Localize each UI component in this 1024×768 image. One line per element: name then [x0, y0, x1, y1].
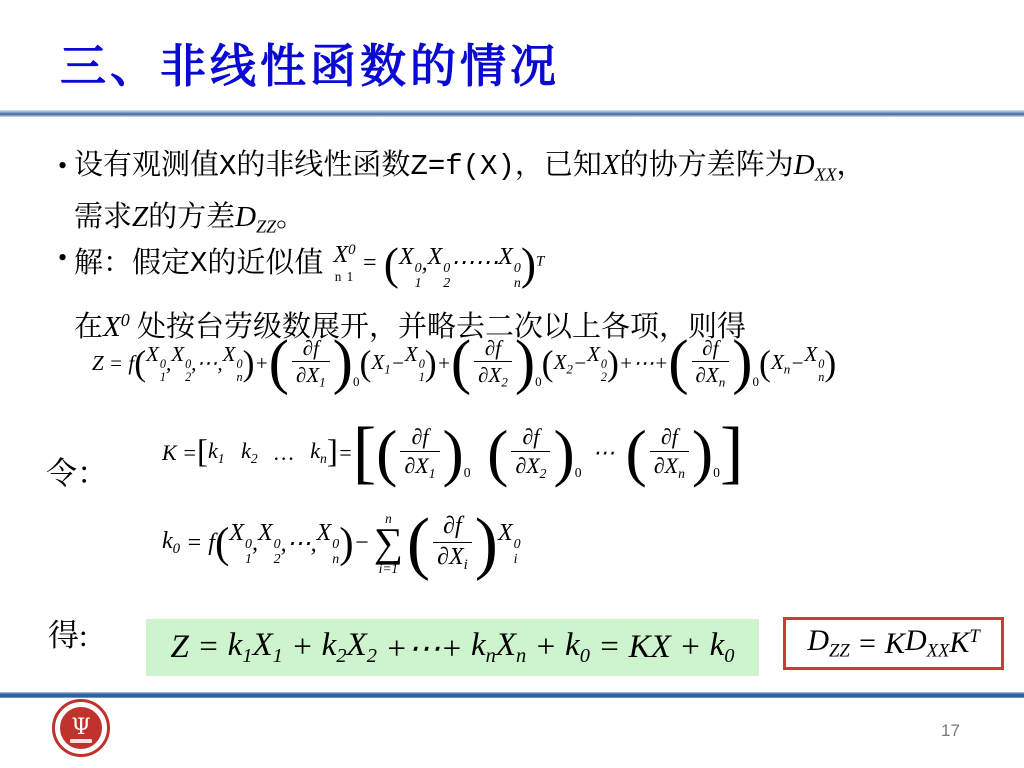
- math-token: …: [258, 440, 311, 466]
- math-token: kn: [310, 438, 327, 467]
- math-token: 1: [415, 276, 422, 291]
- math-token: ∂f: [474, 336, 512, 362]
- math-token: +: [437, 351, 451, 376]
- math-token: ∂f∂Xn: [650, 424, 689, 481]
- math-token: (: [407, 515, 430, 572]
- math-token: ∂X2: [474, 362, 512, 391]
- bullet-2-text: 解：假定X的近似值: [74, 242, 323, 285]
- math-token: ∂f∂X2: [474, 336, 512, 391]
- math-token: X01: [399, 236, 422, 291]
- math-token: 2: [251, 451, 258, 466]
- math-token: (: [759, 349, 771, 378]
- math-token: [: [197, 439, 208, 466]
- math-token: ,⋯,: [191, 351, 223, 376]
- math-token: 的方差: [148, 201, 235, 233]
- math-token: Z = f: [92, 351, 134, 376]
- math-token: ∂X: [696, 363, 719, 387]
- math-token: DZZ: [807, 624, 849, 663]
- math-token: +: [526, 629, 565, 666]
- math-token: X2: [554, 350, 573, 378]
- math-token: n 1: [335, 270, 354, 283]
- math-token: 0: [535, 374, 542, 390]
- math-token: ): [732, 338, 752, 388]
- math-token: = KX +: [590, 629, 710, 666]
- math-token: T: [969, 626, 979, 647]
- math-token: (: [407, 515, 430, 572]
- bullet-marker: •: [58, 236, 67, 279]
- math-token: X: [347, 627, 367, 663]
- math-token: k: [710, 627, 725, 663]
- math-token: 0: [415, 261, 422, 276]
- math-token: 1: [245, 552, 252, 567]
- math-token: X: [317, 520, 332, 546]
- math-token: n: [516, 645, 526, 667]
- math-token: 0: [753, 374, 760, 390]
- math-token: ): [443, 427, 464, 479]
- math-token: X0n: [498, 236, 521, 291]
- label-ling: 令：: [46, 448, 108, 493]
- math-token: =: [338, 440, 353, 466]
- math-token: X: [804, 342, 817, 366]
- math-token: ): [425, 349, 437, 378]
- math-token: k: [228, 627, 243, 663]
- math-token: 的协方差阵为: [620, 149, 794, 181]
- math-token: (: [269, 338, 289, 388]
- math-token: ∂f: [292, 336, 330, 362]
- math-token: (: [626, 427, 647, 479]
- math-token: X02: [428, 236, 451, 291]
- math-token: X: [771, 350, 784, 374]
- math-token: )0: [443, 427, 471, 479]
- math-token: ]: [720, 424, 743, 482]
- math-token: D: [794, 149, 815, 181]
- math-token: KT: [949, 626, 979, 660]
- math-token: 0: [274, 537, 281, 552]
- footer-divider: [0, 692, 1024, 698]
- math-token: ∂X: [296, 363, 319, 387]
- math-token: k2: [322, 627, 347, 668]
- math-token: 0i: [514, 537, 521, 567]
- math-token: 0: [245, 537, 252, 552]
- math-token: 0: [348, 242, 355, 258]
- math-token: −: [391, 351, 405, 376]
- logo-emblem-glyph: Ψ: [71, 717, 90, 739]
- math-token: ): [515, 338, 535, 388]
- math-token: +⋯+: [619, 351, 668, 376]
- math-token: 02: [443, 261, 450, 291]
- math-token: 2: [501, 375, 508, 390]
- math-token: X01: [405, 342, 425, 384]
- slide-title: 三、非线性函数的情况: [60, 30, 560, 96]
- math-token: D: [905, 624, 927, 657]
- math-token: ∂f: [511, 424, 550, 451]
- bullet-marker: •: [58, 144, 67, 187]
- math-token: ): [824, 349, 836, 378]
- math-token: ∂f∂X1: [400, 424, 439, 481]
- math-token: ZZ: [256, 217, 276, 237]
- math-token: X1: [253, 627, 283, 668]
- math-token: 1: [319, 375, 326, 390]
- label-de: 得:: [48, 610, 88, 655]
- math-token: n: [719, 375, 726, 390]
- math-token: 2: [540, 466, 547, 481]
- math-token: ): [824, 349, 836, 378]
- math-token: ∂X: [437, 544, 464, 570]
- math-token: k1: [228, 627, 253, 668]
- math-token: X0: [333, 243, 355, 267]
- logo-band: [70, 739, 92, 743]
- math-token: X: [498, 520, 513, 546]
- math-token: [225, 440, 242, 466]
- math-token: X01: [146, 342, 166, 384]
- math-token: k: [322, 627, 337, 663]
- math-token: 的近似值: [207, 242, 323, 285]
- math-token: X: [253, 627, 273, 663]
- math-token: k: [241, 438, 251, 463]
- math-token: ): [521, 245, 536, 282]
- math-token: ∂X: [654, 453, 678, 478]
- math-token: X0n: [317, 520, 340, 567]
- math-token: Z: [132, 201, 148, 233]
- math-token: ∂f: [400, 424, 439, 451]
- math-token: [: [353, 424, 376, 482]
- math-token: X: [399, 244, 414, 270]
- math-token: X0n: [223, 342, 243, 384]
- red-outline-box: DZZ = KDXXKT: [783, 617, 1004, 670]
- formula-taylor-expansion: Z = f(X01,X02,⋯,X0n)+(∂f∂X1)0(X1−X01)+(∂…: [92, 336, 836, 391]
- math-token: k1: [208, 438, 225, 467]
- math-token: DXX: [794, 144, 837, 196]
- math-token: ⋯⋯: [450, 242, 498, 285]
- math-token: 0n: [514, 261, 521, 291]
- math-token: X: [146, 342, 159, 366]
- math-token: Z =: [171, 629, 228, 666]
- math-token: [471, 440, 488, 466]
- math-token: ): [475, 515, 498, 572]
- math-token: 0: [575, 465, 582, 481]
- math-token: X02: [587, 342, 607, 384]
- math-token: ): [339, 526, 353, 561]
- math-token: 2: [274, 552, 281, 567]
- math-token: ∂Xn: [692, 362, 730, 391]
- math-token: 0: [443, 261, 450, 276]
- math-token: D: [235, 201, 256, 233]
- page-number: 17: [941, 721, 960, 741]
- formula-dzz: DZZ = KDXXKT: [807, 624, 979, 663]
- math-token: (: [542, 349, 554, 378]
- math-token: = K: [850, 627, 905, 661]
- math-token: (: [626, 427, 647, 479]
- math-token: [: [197, 439, 208, 466]
- math-token: X02: [258, 520, 281, 567]
- math-token: X: [258, 520, 273, 546]
- math-token: 2: [336, 645, 346, 667]
- math-token: i: [514, 552, 518, 567]
- math-token: X02: [171, 342, 191, 384]
- math-token: i=1: [379, 562, 398, 575]
- math-token: (: [376, 427, 397, 479]
- math-token: X: [223, 342, 236, 366]
- math-token: ,⋯,: [281, 529, 317, 558]
- math-token: ⋯: [582, 440, 626, 466]
- math-token: ∂f∂X2: [511, 424, 550, 481]
- math-token: ∂f: [433, 513, 472, 543]
- math-token: X0i: [498, 520, 521, 567]
- math-token: 02: [274, 537, 281, 567]
- math-token: X: [498, 244, 513, 270]
- math-token: X: [587, 342, 600, 366]
- math-token: k: [310, 438, 320, 463]
- math-token: ): [243, 349, 255, 378]
- math-token: )0: [553, 427, 581, 479]
- math-token: ∂X1: [292, 362, 330, 391]
- math-token: X: [496, 627, 516, 663]
- math-token: (: [269, 338, 289, 388]
- formula-k0: k0 = f(X01,X02,⋯,X0n)−n∑i=1(∂f∂Xi)X0i: [162, 512, 521, 575]
- math-token: kn: [471, 627, 496, 668]
- math-token: ∂X2: [511, 452, 550, 481]
- math-token: (: [359, 349, 371, 378]
- math-token: 的非线性函数: [236, 149, 410, 181]
- math-token: 2: [367, 645, 377, 667]
- math-token: k0: [710, 627, 735, 668]
- math-token: n: [332, 552, 339, 567]
- math-token: i: [464, 557, 468, 573]
- math-token: (: [668, 338, 688, 388]
- math-token: X: [333, 242, 348, 268]
- math-token: n: [514, 276, 521, 291]
- math-token: +: [283, 629, 322, 666]
- math-token: X0n: [804, 342, 824, 384]
- math-token: 需求: [74, 201, 132, 233]
- math-token: X: [229, 520, 244, 546]
- math-token: (: [384, 245, 399, 282]
- math-token: ∂Xn: [650, 452, 689, 481]
- math-token: 0: [121, 310, 130, 330]
- math-token: )T: [521, 242, 544, 285]
- math-token: −: [573, 351, 587, 376]
- math-token: 0: [580, 645, 590, 667]
- math-token: 0: [713, 465, 720, 481]
- math-token: ∂f∂Xi: [433, 513, 472, 574]
- math-token: ，已知: [515, 149, 602, 181]
- math-token: k: [471, 627, 486, 663]
- math-token: 0: [514, 261, 521, 276]
- math-token: k: [565, 627, 580, 663]
- math-token: ]: [327, 439, 338, 466]
- math-token: 0: [353, 374, 360, 390]
- math-token: 1: [242, 645, 252, 667]
- math-token: k0: [565, 627, 590, 668]
- formula-z-linearized: Z = k1X1 + k2X2 +⋯+ knXn + k0 = KX + k0: [171, 627, 735, 668]
- math-token: 0: [724, 645, 734, 667]
- math-token: ，: [837, 149, 866, 181]
- math-token: ): [607, 349, 619, 378]
- math-token: (: [376, 427, 397, 479]
- logo-inner-seal: Ψ: [60, 707, 102, 749]
- math-token: X2: [347, 627, 377, 668]
- math-token: )0: [732, 338, 759, 388]
- math-token: ): [425, 349, 437, 378]
- math-token: ): [607, 349, 619, 378]
- math-token: (: [542, 349, 554, 378]
- math-token: X: [602, 149, 620, 181]
- math-token: n: [320, 451, 327, 466]
- math-token: )0: [333, 338, 360, 388]
- math-token: 0: [514, 537, 521, 552]
- math-token: 1: [429, 466, 436, 481]
- math-token: ): [333, 338, 353, 388]
- formula-k-vector: K =[k1 k2 … kn]=[(∂f∂X1)0 (∂f∂X2)0 ⋯ (∂f…: [162, 424, 743, 482]
- math-token: X: [554, 350, 567, 374]
- university-logo-icon: Ψ: [52, 699, 110, 757]
- bullet-2-line-1: 解：假定X的近似值 X0n 1= (X01,X02⋯⋯X0n)T: [58, 236, 1003, 291]
- math-token: (: [359, 349, 371, 378]
- math-token: 解：假定: [74, 242, 190, 285]
- math-token: n∑i=1: [374, 512, 403, 575]
- math-token: −: [790, 351, 804, 376]
- slide: 三、非线性函数的情况 • 设有观测值X的非线性函数Z=f(X)，已知X的协方差阵…: [0, 0, 1024, 768]
- math-token: (: [134, 349, 146, 378]
- math-token: (: [451, 338, 471, 388]
- math-token: 0: [332, 537, 339, 552]
- math-token: ∂f∂X1: [292, 336, 330, 391]
- math-token: X1: [371, 350, 390, 378]
- green-highlight-box: Z = k1X1 + k2X2 +⋯+ knXn + k0 = KX + k0: [146, 619, 759, 676]
- math-token: ): [339, 526, 353, 561]
- math-token: k: [162, 528, 173, 554]
- math-token: (: [451, 338, 471, 388]
- math-token: = f: [180, 530, 215, 557]
- math-token: 2: [443, 276, 450, 291]
- math-token: n: [678, 466, 685, 481]
- math-token: n: [486, 645, 496, 667]
- math-token: ): [692, 427, 713, 479]
- math-token: ∂X: [478, 363, 501, 387]
- math-token: )0: [692, 427, 720, 479]
- math-token: (: [487, 427, 508, 479]
- math-token: T: [536, 240, 544, 283]
- title-divider: [0, 110, 1024, 117]
- math-token: ): [243, 349, 255, 378]
- math-token: ): [553, 427, 574, 479]
- math-token: X01: [229, 520, 252, 567]
- math-token: ∂X1: [400, 452, 439, 481]
- math-token: K =: [162, 440, 197, 466]
- math-token: )0: [515, 338, 542, 388]
- bullet-item-1: • 设有观测值X的非线性函数Z=f(X)，已知X的协方差阵为DXX， 需求Z的方…: [58, 144, 1003, 249]
- math-token: k0: [162, 528, 180, 558]
- math-token: (: [384, 245, 399, 282]
- math-token: ]: [327, 439, 338, 466]
- math-token: ∂X: [404, 453, 428, 478]
- math-token: Xn: [771, 350, 790, 378]
- math-token: 设有观测值: [74, 149, 219, 181]
- math-token: 0: [173, 542, 180, 558]
- math-token: 1: [218, 451, 225, 466]
- math-token: X: [371, 350, 384, 374]
- math-token: D: [807, 624, 829, 657]
- math-token: Z=f(X): [410, 150, 514, 183]
- math-token: ∂f: [692, 336, 730, 362]
- math-token: ∂f: [650, 424, 689, 451]
- math-token: ]: [720, 424, 743, 482]
- math-token: (: [759, 349, 771, 378]
- math-token: XX: [927, 641, 950, 662]
- math-token: (: [134, 349, 146, 378]
- math-token: 0: [464, 465, 471, 481]
- math-token: K: [949, 627, 969, 660]
- math-token: 01: [415, 261, 422, 291]
- math-token: (: [215, 526, 229, 561]
- math-token: +: [254, 351, 268, 376]
- math-token: ∂f∂Xn: [692, 336, 730, 391]
- math-token: k2: [241, 438, 258, 467]
- math-token: (: [487, 427, 508, 479]
- math-token: (: [215, 526, 229, 561]
- math-token: =: [362, 242, 384, 285]
- math-token: +⋯+: [377, 628, 471, 668]
- math-token: ∑: [374, 525, 403, 562]
- math-token: XX: [815, 164, 837, 184]
- bullet-1-line-1: 设有观测值X的非线性函数Z=f(X)，已知X的协方差阵为DXX，: [58, 144, 1003, 196]
- math-token: 。: [276, 201, 305, 233]
- math-token: (: [668, 338, 688, 388]
- math-token: X: [171, 342, 184, 366]
- math-token: ∂Xi: [433, 543, 472, 574]
- math-token: X: [219, 150, 236, 183]
- math-token: X: [428, 244, 443, 270]
- math-token: X: [405, 342, 418, 366]
- formula-approx-value: X0n 1= (X01,X02⋯⋯X0n)T: [333, 236, 544, 291]
- math-token: 01: [245, 537, 252, 567]
- math-token: DXX: [905, 624, 949, 663]
- math-token: X: [190, 242, 207, 285]
- math-token: X0n 1: [333, 243, 355, 283]
- math-token: Xn: [496, 627, 526, 668]
- math-token: ZZ: [829, 641, 850, 662]
- math-token: ): [475, 515, 498, 572]
- math-token: [: [353, 424, 376, 482]
- math-token: −: [354, 530, 370, 557]
- math-token: 1: [273, 645, 283, 667]
- math-token: ∂X: [515, 453, 539, 478]
- math-token: 0n: [332, 537, 339, 567]
- math-token: k: [208, 438, 218, 463]
